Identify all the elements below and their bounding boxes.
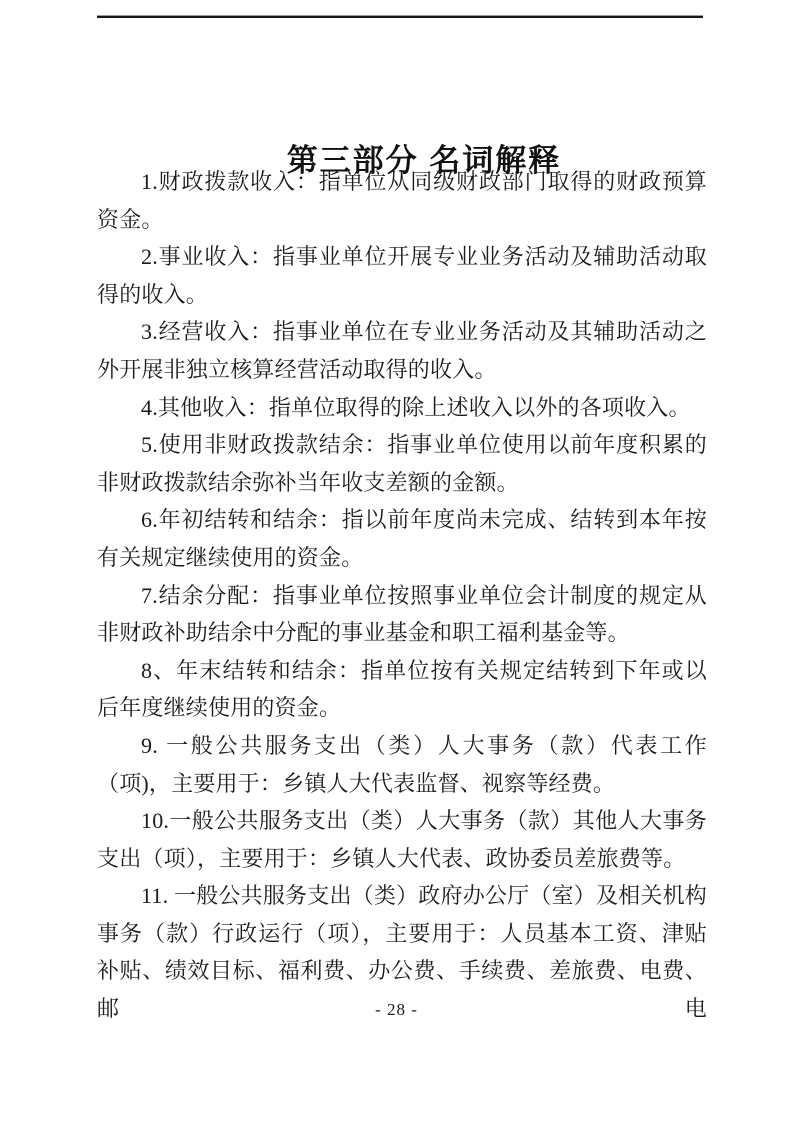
definition-paragraph: 8、年末结转和结余：指单位按有关规定结转到下年或以后年度继续使用的资金。: [97, 652, 707, 727]
page-number: - 28 -: [0, 1000, 793, 1020]
definition-paragraph: 10.一般公共服务支出（类）人大事务（款）其他人大事务支出（项），主要用于：乡镇…: [97, 802, 707, 877]
definition-paragraph: 7.结余分配：指事业单位按照事业单位会计制度的规定从非财政补助结余中分配的事业基…: [97, 577, 707, 652]
definition-paragraph: 1.财政拨款收入：指单位从同级财政部门取得的财政预算资金。: [97, 163, 707, 238]
definition-paragraph: 5.使用非财政拨款结余：指事业单位使用以前年度积累的非财政拨款结余弥补当年收支差…: [97, 426, 707, 501]
definition-paragraph: 4.其他收入：指单位取得的除上述收入以外的各项收入。: [97, 389, 707, 427]
document-page: 第三部分 名词解释 1.财政拨款收入：指单位从同级财政部门取得的财政预算资金。 …: [0, 0, 793, 1122]
definition-paragraph: 6.年初结转和结余：指以前年度尚未完成、结转到本年按有关规定继续使用的资金。: [97, 501, 707, 576]
definition-paragraph: 9. 一般公共服务支出（类）人大事务（款）代表工作（项)，主要用于：乡镇人大代表…: [97, 727, 707, 802]
definition-paragraph: 2.事业收入：指事业单位开展专业业务活动及辅助活动取得的收入。: [97, 238, 707, 313]
definition-paragraph: 3.经营收入：指事业单位在专业业务活动及其辅助活动之外开展非独立核算经营活动取得…: [97, 313, 707, 388]
definitions-body: 1.财政拨款收入：指单位从同级财政部门取得的财政预算资金。 2.事业收入：指事业…: [97, 163, 707, 1028]
header-rule-divider: [97, 15, 703, 18]
